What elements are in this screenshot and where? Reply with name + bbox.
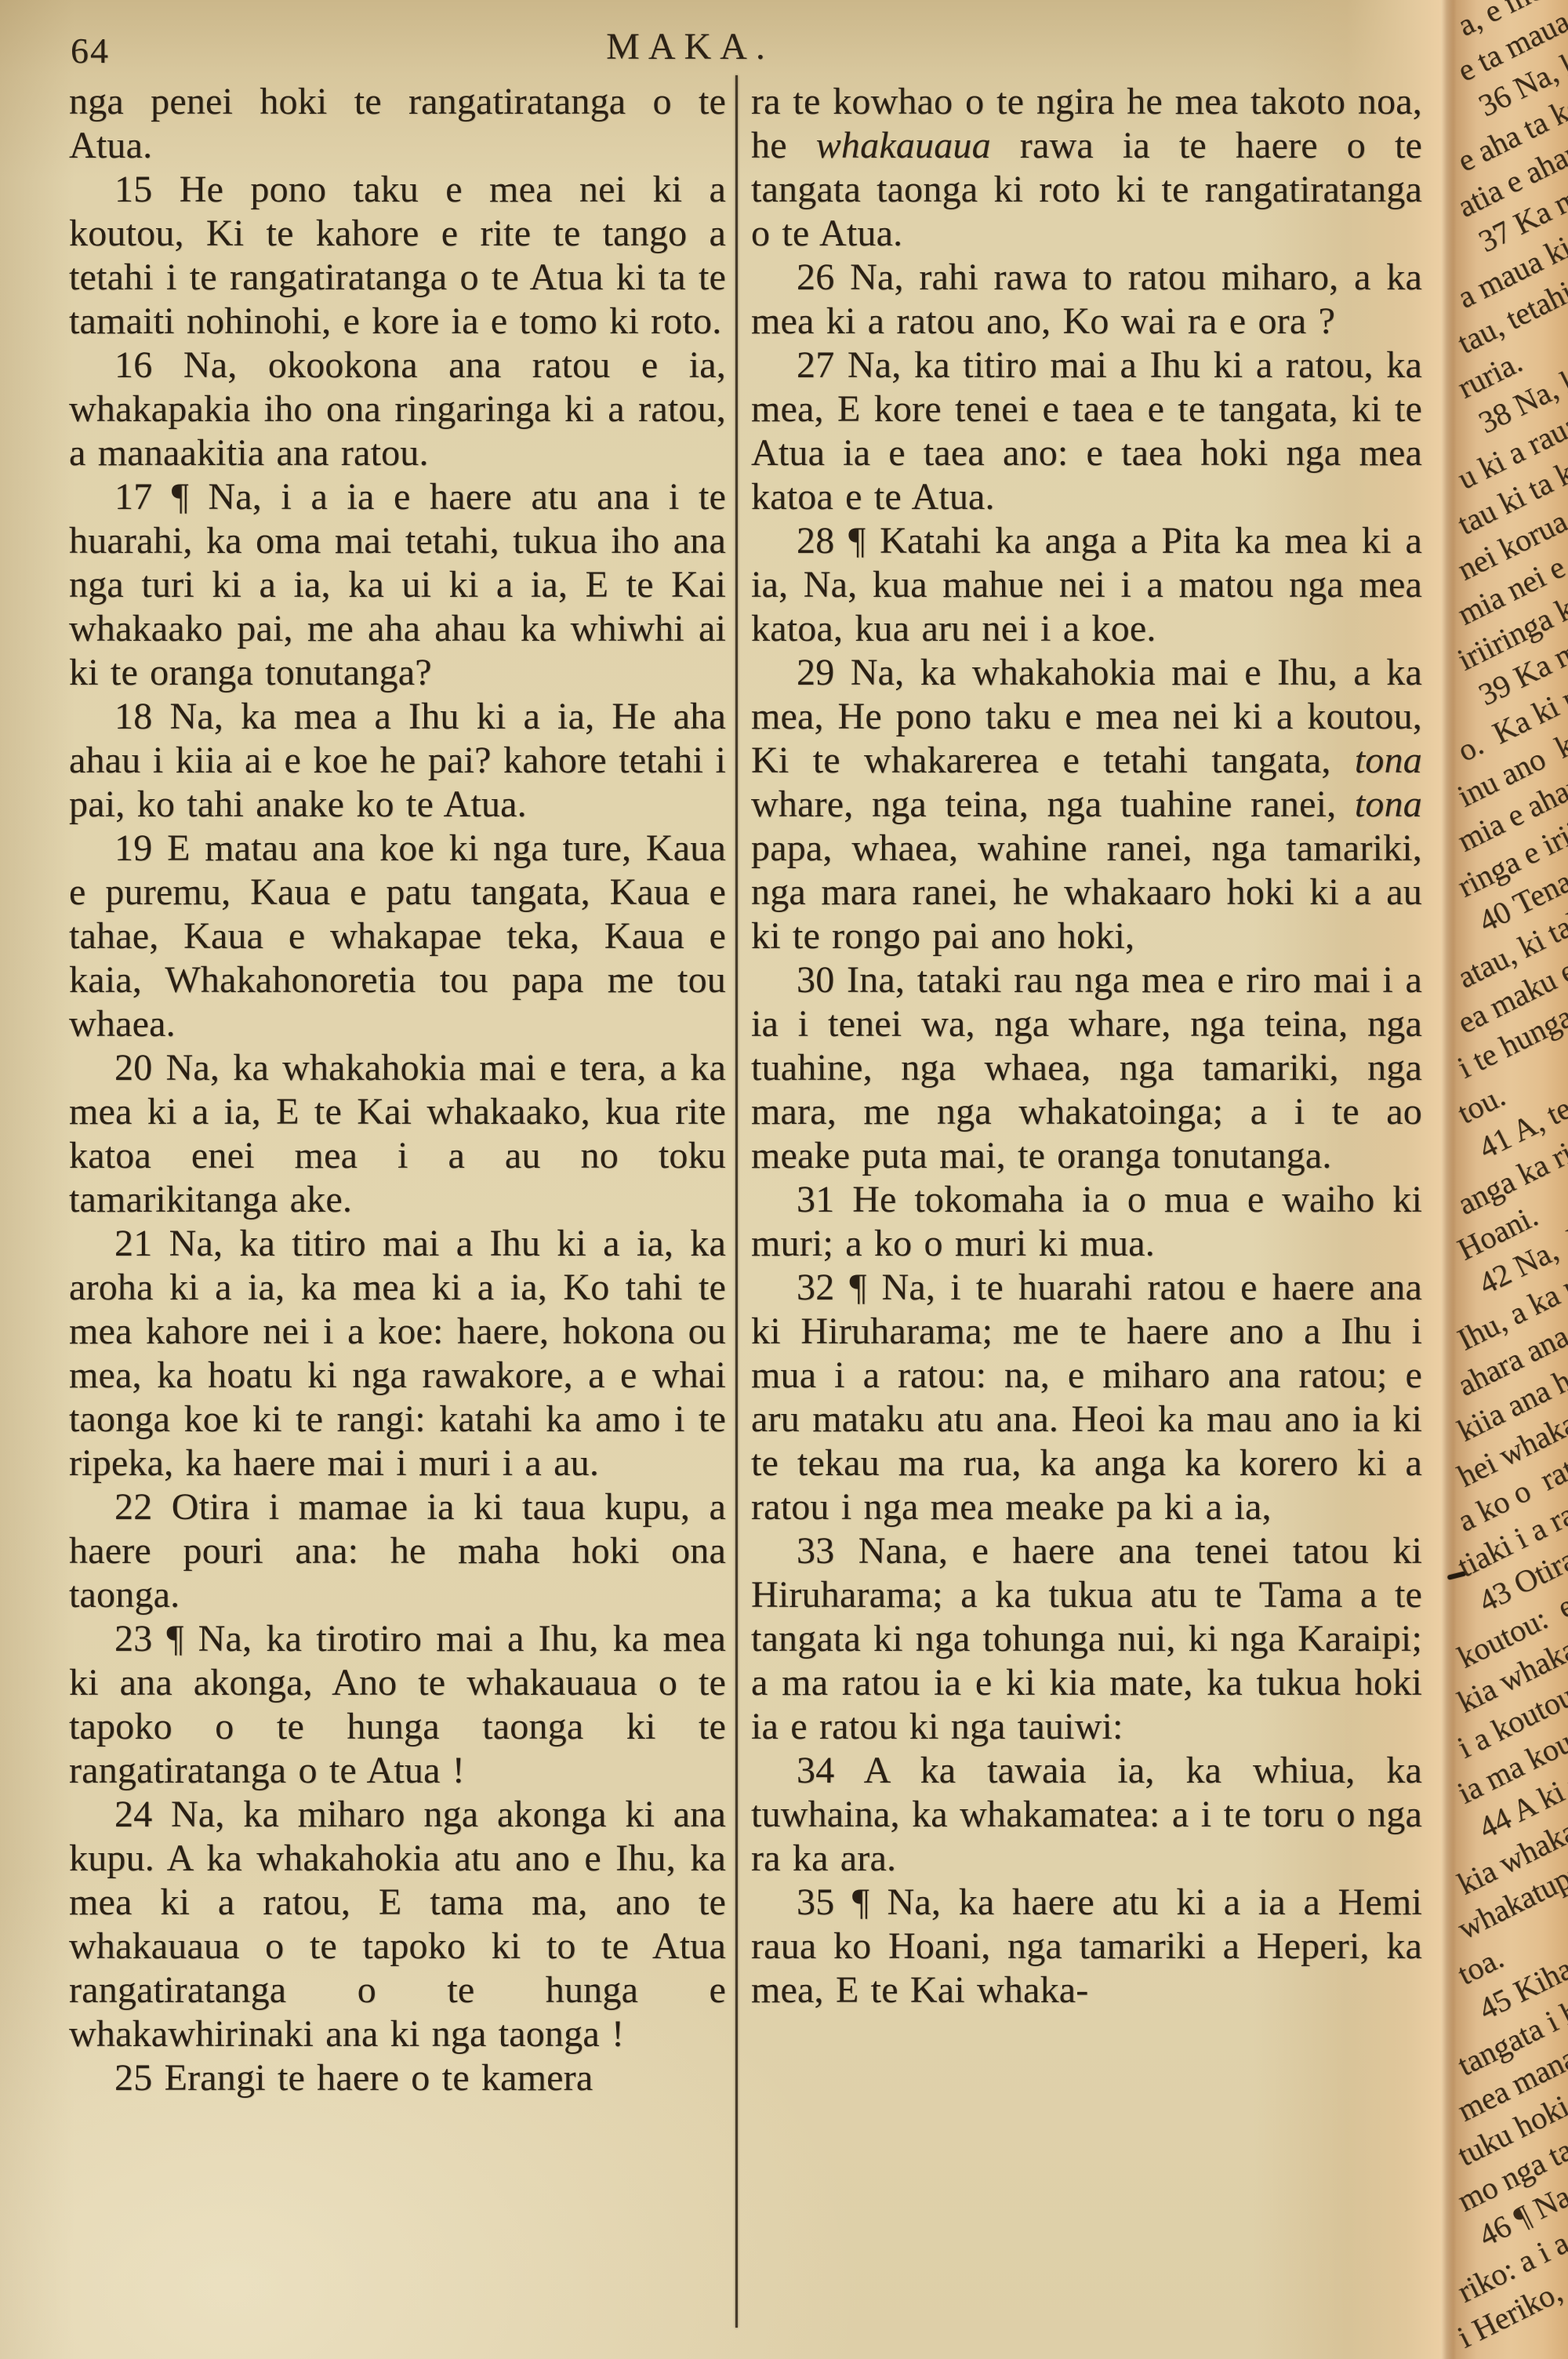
verse-continuation: ra te kowhao o te ngira he mea takoto no…: [751, 80, 1422, 256]
right-column-verses: 26 Na, rahi rawa to ratou miharo, a ka m…: [751, 256, 1422, 2012]
verse: 27 Na, ka titiro mai a Ihu ki a ratou, k…: [751, 343, 1422, 519]
verse: 32 ¶ Na, i te huarahi ratou e haere ana …: [751, 1266, 1422, 1529]
column-divider: [735, 75, 738, 2328]
verse: 31 He tokomaha ia o mua e waiho ki muri;…: [751, 1178, 1422, 1266]
verse: 20 Na, ka whakahokia mai e tera, a ka me…: [69, 1046, 726, 1222]
verse: 25 Erangi te haere o te kamera: [69, 2056, 726, 2100]
left-column: nga penei hoki te rangatiratanga o te At…: [69, 80, 726, 2100]
verse: 35 ¶ Na, ka haere atu ki a ia a Hemi rau…: [751, 1881, 1422, 2012]
adjacent-page-edge: a, e mea ana m e ta maua e in 36 Na, ka …: [1441, 0, 1568, 2359]
verse: 17 ¶ Na, i a ia e haere atu ana i te hua…: [69, 475, 726, 695]
book-spread: 64 MAKA. nga penei hoki te rangatiratang…: [0, 0, 1568, 2359]
verse: 29 Na, ka whakahokia mai e Ihu, a ka mea…: [751, 651, 1422, 958]
verse: 18 Na, ka mea a Ihu ki a ia, He aha ahau…: [69, 695, 726, 827]
verse-continuation: nga penei hoki te rangatiratanga o te At…: [69, 80, 726, 168]
right-column: ra te kowhao o te ngira he mea takoto no…: [751, 80, 1422, 2012]
verse: 21 Na, ka titiro mai a Ihu ki a ia, ka a…: [69, 1222, 726, 1485]
verse: 33 Nana, e haere ana tenei tatou ki Hiru…: [751, 1529, 1422, 1749]
page-number: 64: [71, 30, 110, 71]
adjacent-page-text: a, e mea ana m e ta maua e in 36 Na, ka …: [1460, 5, 1568, 2359]
verse: 26 Na, rahi rawa to ratou miharo, a ka m…: [751, 256, 1422, 343]
verse: 34 A ka tawaia ia, ka whiua, ka tuwhaina…: [751, 1749, 1422, 1881]
verse: 23 ¶ Na, ka tirotiro mai a Ihu, ka mea k…: [69, 1617, 726, 1793]
verse: 30 Ina, tataki rau nga mea e riro mai i …: [751, 958, 1422, 1178]
verse: 19 E matau ana koe ki nga ture, Kaua e p…: [69, 827, 726, 1046]
verse: 15 He pono taku e mea nei ki a koutou, K…: [69, 168, 726, 343]
verse: 24 Na, ka miharo nga akonga ki ana kupu.…: [69, 1793, 726, 2056]
left-column-verses: 15 He pono taku e mea nei ki a koutou, K…: [69, 168, 726, 2100]
verse: 16 Na, okookona ana ratou e ia, whakapak…: [69, 343, 726, 475]
verse: 28 ¶ Katahi ka anga a Pita ka mea ki a i…: [751, 519, 1422, 651]
scripture-page: 64 MAKA. nga penei hoki te rangatiratang…: [0, 0, 1441, 2359]
running-title: MAKA.: [439, 25, 941, 68]
verse: 22 Otira i mamae ia ki taua kupu, a haer…: [69, 1485, 726, 1617]
